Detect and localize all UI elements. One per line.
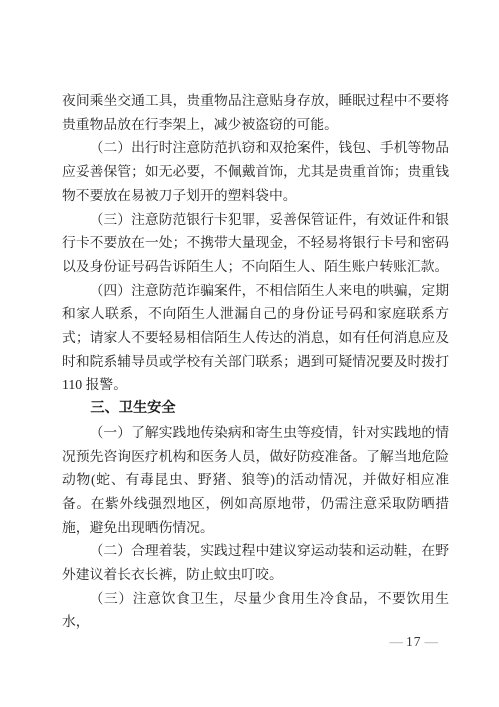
section-heading: 三、卫生安全 bbox=[62, 397, 449, 421]
body-paragraph: （一）了解实践地传染病和寄生虫等疫情，针对实践地的情况预先咨询医疗机构和医务人员… bbox=[62, 421, 449, 540]
footer-dash-right: — bbox=[425, 633, 439, 651]
page-footer: — 17 — bbox=[390, 633, 439, 651]
body-paragraph: （三）注意饮食卫生，尽量少食用生冷食品，不要饮用生水， bbox=[62, 587, 449, 634]
page-body: 夜间乘坐交通工具，贵重物品注意贴身存放，睡眠过程中不要将贵重物品放在行李架上，减… bbox=[62, 89, 449, 634]
document-page: 夜间乘坐交通工具，贵重物品注意贴身存放，睡眠过程中不要将贵重物品放在行李架上，减… bbox=[0, 0, 499, 707]
body-paragraph-continuation: 夜间乘坐交通工具，贵重物品注意贴身存放，睡眠过程中不要将贵重物品放在行李架上，减… bbox=[62, 89, 449, 136]
body-paragraph: （四）注意防范诈骗案件，不相信陌生人来电的哄骗，定期和家人联系，不向陌生人泄漏自… bbox=[62, 279, 449, 398]
page-number: 17 bbox=[406, 633, 422, 651]
body-paragraph: （三）注意防范银行卡犯罪，妥善保管证件，有效证件和银行卡不要放在一处；不携带大量… bbox=[62, 208, 449, 279]
body-paragraph: （二）出行时注意防范扒窃和双抢案件，钱包、手机等物品应妥善保管；如无必要，不佩戴… bbox=[62, 136, 449, 207]
footer-dash-left: — bbox=[390, 633, 404, 651]
body-paragraph: （二）合理着装，实践过程中建议穿运动装和运动鞋，在野外建议着长衣长裤，防止蚊虫叮… bbox=[62, 539, 449, 586]
